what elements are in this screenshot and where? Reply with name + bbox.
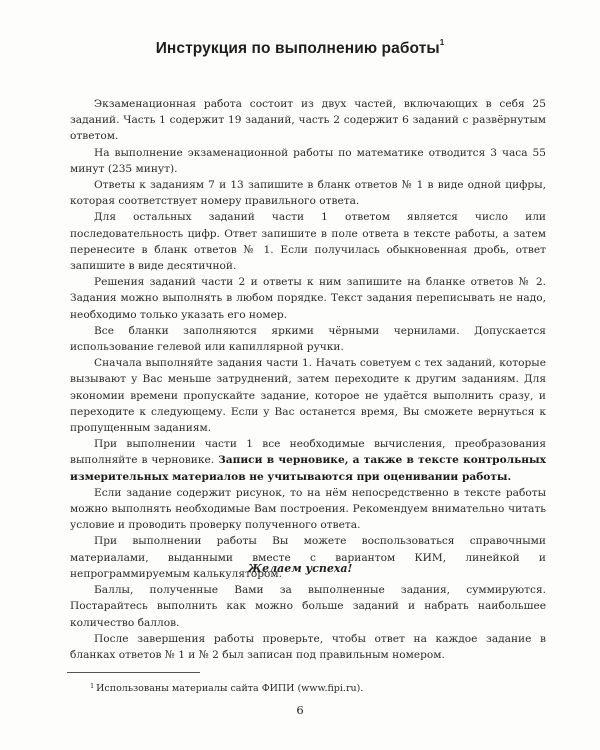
document-page: Инструкция по выполнению работы1 Экзамен… xyxy=(0,0,600,750)
paragraph-text: Экзаменационная работа состоит из двух ч… xyxy=(70,98,546,142)
paragraph-text: Все бланки заполняются яркими чёрными че… xyxy=(70,325,546,353)
paragraph-text: Решения заданий части 2 и ответы к ним з… xyxy=(70,276,546,320)
paragraph: Если задание содержит рисунок, то на нём… xyxy=(70,485,546,534)
paragraph: Решения заданий части 2 и ответы к ним з… xyxy=(70,274,546,323)
paragraph-text: Если задание содержит рисунок, то на нём… xyxy=(70,487,546,531)
page-number: 6 xyxy=(0,703,600,717)
paragraph-text: Ответы к заданиям 7 и 13 запишите в блан… xyxy=(70,179,546,207)
paragraph-text: Для остальных заданий части 1 ответом яв… xyxy=(70,211,546,272)
footnote-text: Использованы материалы сайта ФИПИ (www.f… xyxy=(96,683,363,694)
title-text: Инструкция по выполнению работы xyxy=(156,40,440,57)
title-footnote-mark: 1 xyxy=(440,38,445,47)
paragraph: Сначала выполняйте задания части 1. Нача… xyxy=(70,355,546,436)
closing-wish: Желаем успеха! xyxy=(0,562,600,575)
paragraph: Ответы к заданиям 7 и 13 запишите в блан… xyxy=(70,177,546,209)
paragraph-text: Баллы, полученные Вами за выполненные за… xyxy=(70,584,546,628)
paragraph: Для остальных заданий части 1 ответом яв… xyxy=(70,209,546,274)
paragraph: На выполнение экзаменационной работы по … xyxy=(70,145,546,177)
footnote-divider xyxy=(67,672,200,673)
paragraph: При выполнении части 1 все необходимые в… xyxy=(70,436,546,485)
instructions-body: Экзаменационная работа состоит из двух ч… xyxy=(70,96,546,663)
paragraph: После завершения работы проверьте, чтобы… xyxy=(70,631,546,663)
paragraph-text: На выполнение экзаменационной работы по … xyxy=(70,147,546,175)
paragraph: Баллы, полученные Вами за выполненные за… xyxy=(70,582,546,631)
paragraph: Экзаменационная работа состоит из двух ч… xyxy=(70,96,546,145)
paragraph: Все бланки заполняются яркими чёрными че… xyxy=(70,323,546,355)
footnote: 1Использованы материалы сайта ФИПИ (www.… xyxy=(90,683,363,694)
paragraph-text: После завершения работы проверьте, чтобы… xyxy=(70,633,546,661)
footnote-mark: 1 xyxy=(90,682,94,690)
page-title: Инструкция по выполнению работы1 xyxy=(0,40,600,58)
paragraph-text: Сначала выполняйте задания части 1. Нача… xyxy=(70,357,546,434)
